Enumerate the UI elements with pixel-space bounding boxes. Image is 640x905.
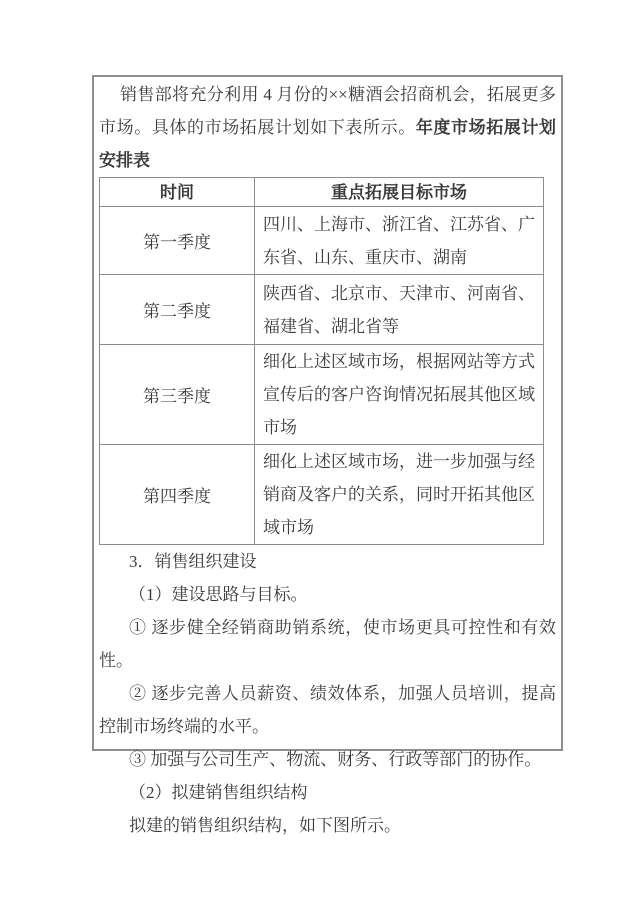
document-page: 销售部将充分利用 4 月份的××糖酒会招商机会，拓展更多市场。具体的市场拓展计划…: [92, 75, 563, 751]
period-cell: 第四季度: [100, 445, 255, 545]
market-expansion-table: 时间 重点拓展目标市场 第一季度 四川、上海市、浙江省、江苏省、广东省、山东、重…: [99, 177, 544, 545]
period-cell: 第三季度: [100, 345, 255, 445]
table-row: 第二季度 陕西省、北京市、天津市、河南省、福建省、湖北省等: [100, 275, 544, 345]
target-market-column-header: 重点拓展目标市场: [255, 178, 544, 207]
table-header-row: 时间 重点拓展目标市场: [100, 178, 544, 207]
table-row: 第三季度 细化上述区域市场，根据网站等方式宣传后的客户咨询情况拓展其他区域市场: [100, 345, 544, 445]
time-column-header: 时间: [100, 178, 255, 207]
table-row: 第四季度 细化上述区域市场，进一步加强与经销商及客户的关系，同时开拓其他区域市场: [100, 445, 544, 545]
intro-paragraph: 销售部将充分利用 4 月份的××糖酒会招商机会，拓展更多市场。具体的市场拓展计划…: [99, 78, 556, 177]
section-item-2: ② 逐步完善人员薪资、绩效体系，加强人员培训，提高控制市场终端的水平。: [99, 677, 556, 743]
markets-cell: 陕西省、北京市、天津市、河南省、福建省、湖北省等: [255, 275, 544, 345]
section-subheading-structure: （2）拟建销售组织结构: [99, 776, 556, 809]
period-cell: 第二季度: [100, 275, 255, 345]
section-structure-note: 拟建的销售组织结构，如下图所示。: [99, 809, 556, 842]
markets-cell: 细化上述区域市场，根据网站等方式宣传后的客户咨询情况拓展其他区域市场: [255, 345, 544, 445]
section-heading-sales-org: 3．销售组织建设: [99, 545, 556, 578]
markets-cell: 四川、上海市、浙江省、江苏省、广东省、山东、重庆市、湖南: [255, 207, 544, 275]
table-row: 第一季度 四川、上海市、浙江省、江苏省、广东省、山东、重庆市、湖南: [100, 207, 544, 275]
section-subheading-goals: （1）建设思路与目标。: [99, 578, 556, 611]
section-item-1: ① 逐步健全经销商助销系统，使市场更具可控性和有效性。: [99, 611, 556, 677]
period-cell: 第一季度: [100, 207, 255, 275]
markets-cell: 细化上述区域市场，进一步加强与经销商及客户的关系，同时开拓其他区域市场: [255, 445, 544, 545]
section-item-3: ③ 加强与公司生产、物流、财务、行政等部门的协作。: [99, 743, 556, 776]
